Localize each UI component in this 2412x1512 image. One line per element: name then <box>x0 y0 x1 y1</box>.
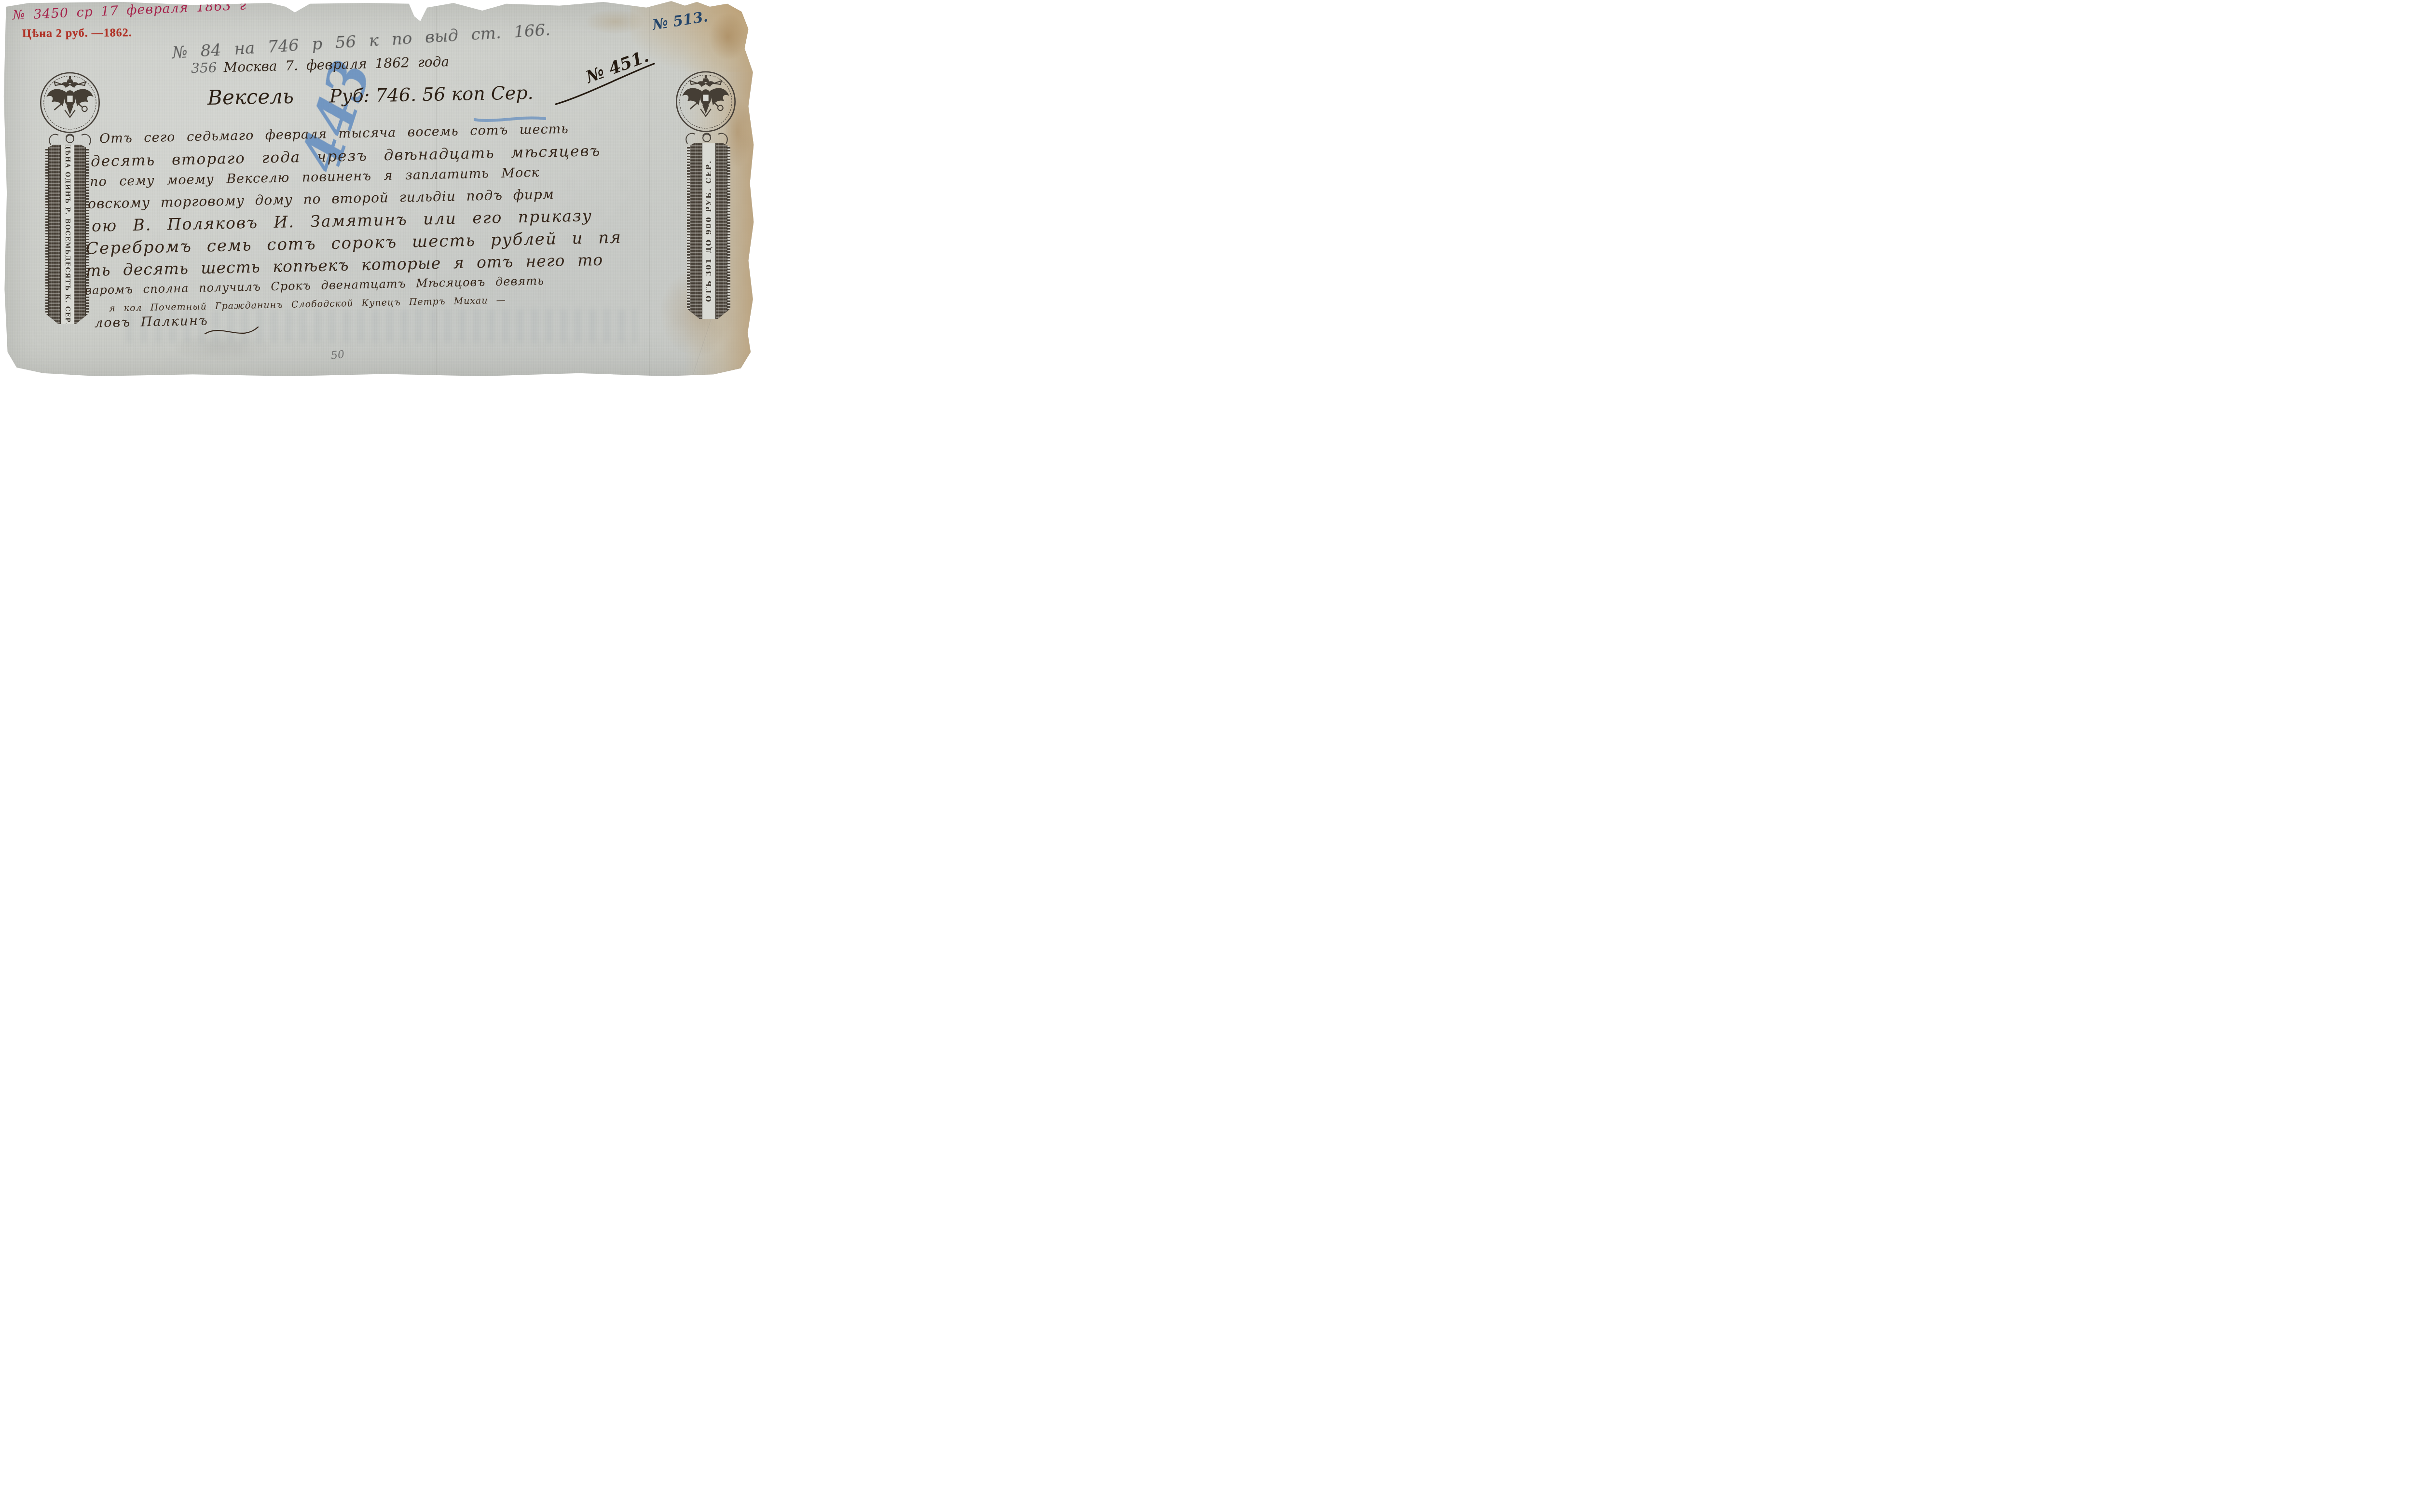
left-price-label: ЦѢНА ОДИНЪ Р. ВОСЕМЬДЕСЯТЪ К. СЕР. <box>64 143 71 326</box>
docket-prefix: 356 <box>191 60 217 76</box>
pencil-figure: 50 <box>330 349 345 362</box>
signature-flourish <box>203 320 260 344</box>
right-range-label-band: ОТЪ 301 ДО 900 РУБ. СЕР. <box>702 143 715 319</box>
stain <box>586 10 644 34</box>
left-border-column: ЦѢНА ОДИНЪ Р. ВОСЕМЬДЕСЯТЪ К. СЕР. <box>45 145 89 324</box>
acanthus-ornament <box>46 129 94 147</box>
imperial-eagle-seal-icon <box>39 70 101 138</box>
red-registration-note: № 3450 ср 17 февраля 1863 г <box>13 0 247 23</box>
title-line: ВексельРуб: 746. 56 коп Сер. <box>207 80 534 109</box>
right-border-column: ОТЪ 301 ДО 900 РУБ. СЕР. <box>687 143 730 319</box>
paper-sheet: ЦѢНА ОДИНЪ Р. ВОСЕМЬДЕСЯТЪ К. СЕР. <box>0 0 756 378</box>
guilloche-band <box>48 145 61 324</box>
chain-border <box>727 143 730 319</box>
imperial-eagle-seal-icon <box>674 69 737 137</box>
document-scan: ЦѢНА ОДИНЪ Р. ВОСЕМЬДЕСЯТЪ К. СЕР. <box>0 0 756 378</box>
guilloche-band <box>690 143 702 319</box>
amount-text: Руб: 746. 56 коп Сер. <box>329 82 534 107</box>
crease <box>649 0 650 378</box>
left-price-label-band: ЦѢНА ОДИНЪ Р. ВОСЕМЬДЕСЯТЪ К. СЕР. <box>61 145 74 324</box>
right-range-label: ОТЪ 301 ДО 900 РУБ. СЕР. <box>704 160 713 302</box>
chain-border <box>86 145 89 324</box>
guilloche-band <box>715 143 728 319</box>
stain <box>709 13 747 61</box>
guilloche-band <box>74 145 86 324</box>
underline-flourish <box>554 62 656 106</box>
signature-line: ловъ Палкинъ <box>95 313 208 331</box>
price-stamp: Цѣна 2 руб. —1862. <box>22 27 132 41</box>
title-word: Вексель <box>207 84 294 109</box>
